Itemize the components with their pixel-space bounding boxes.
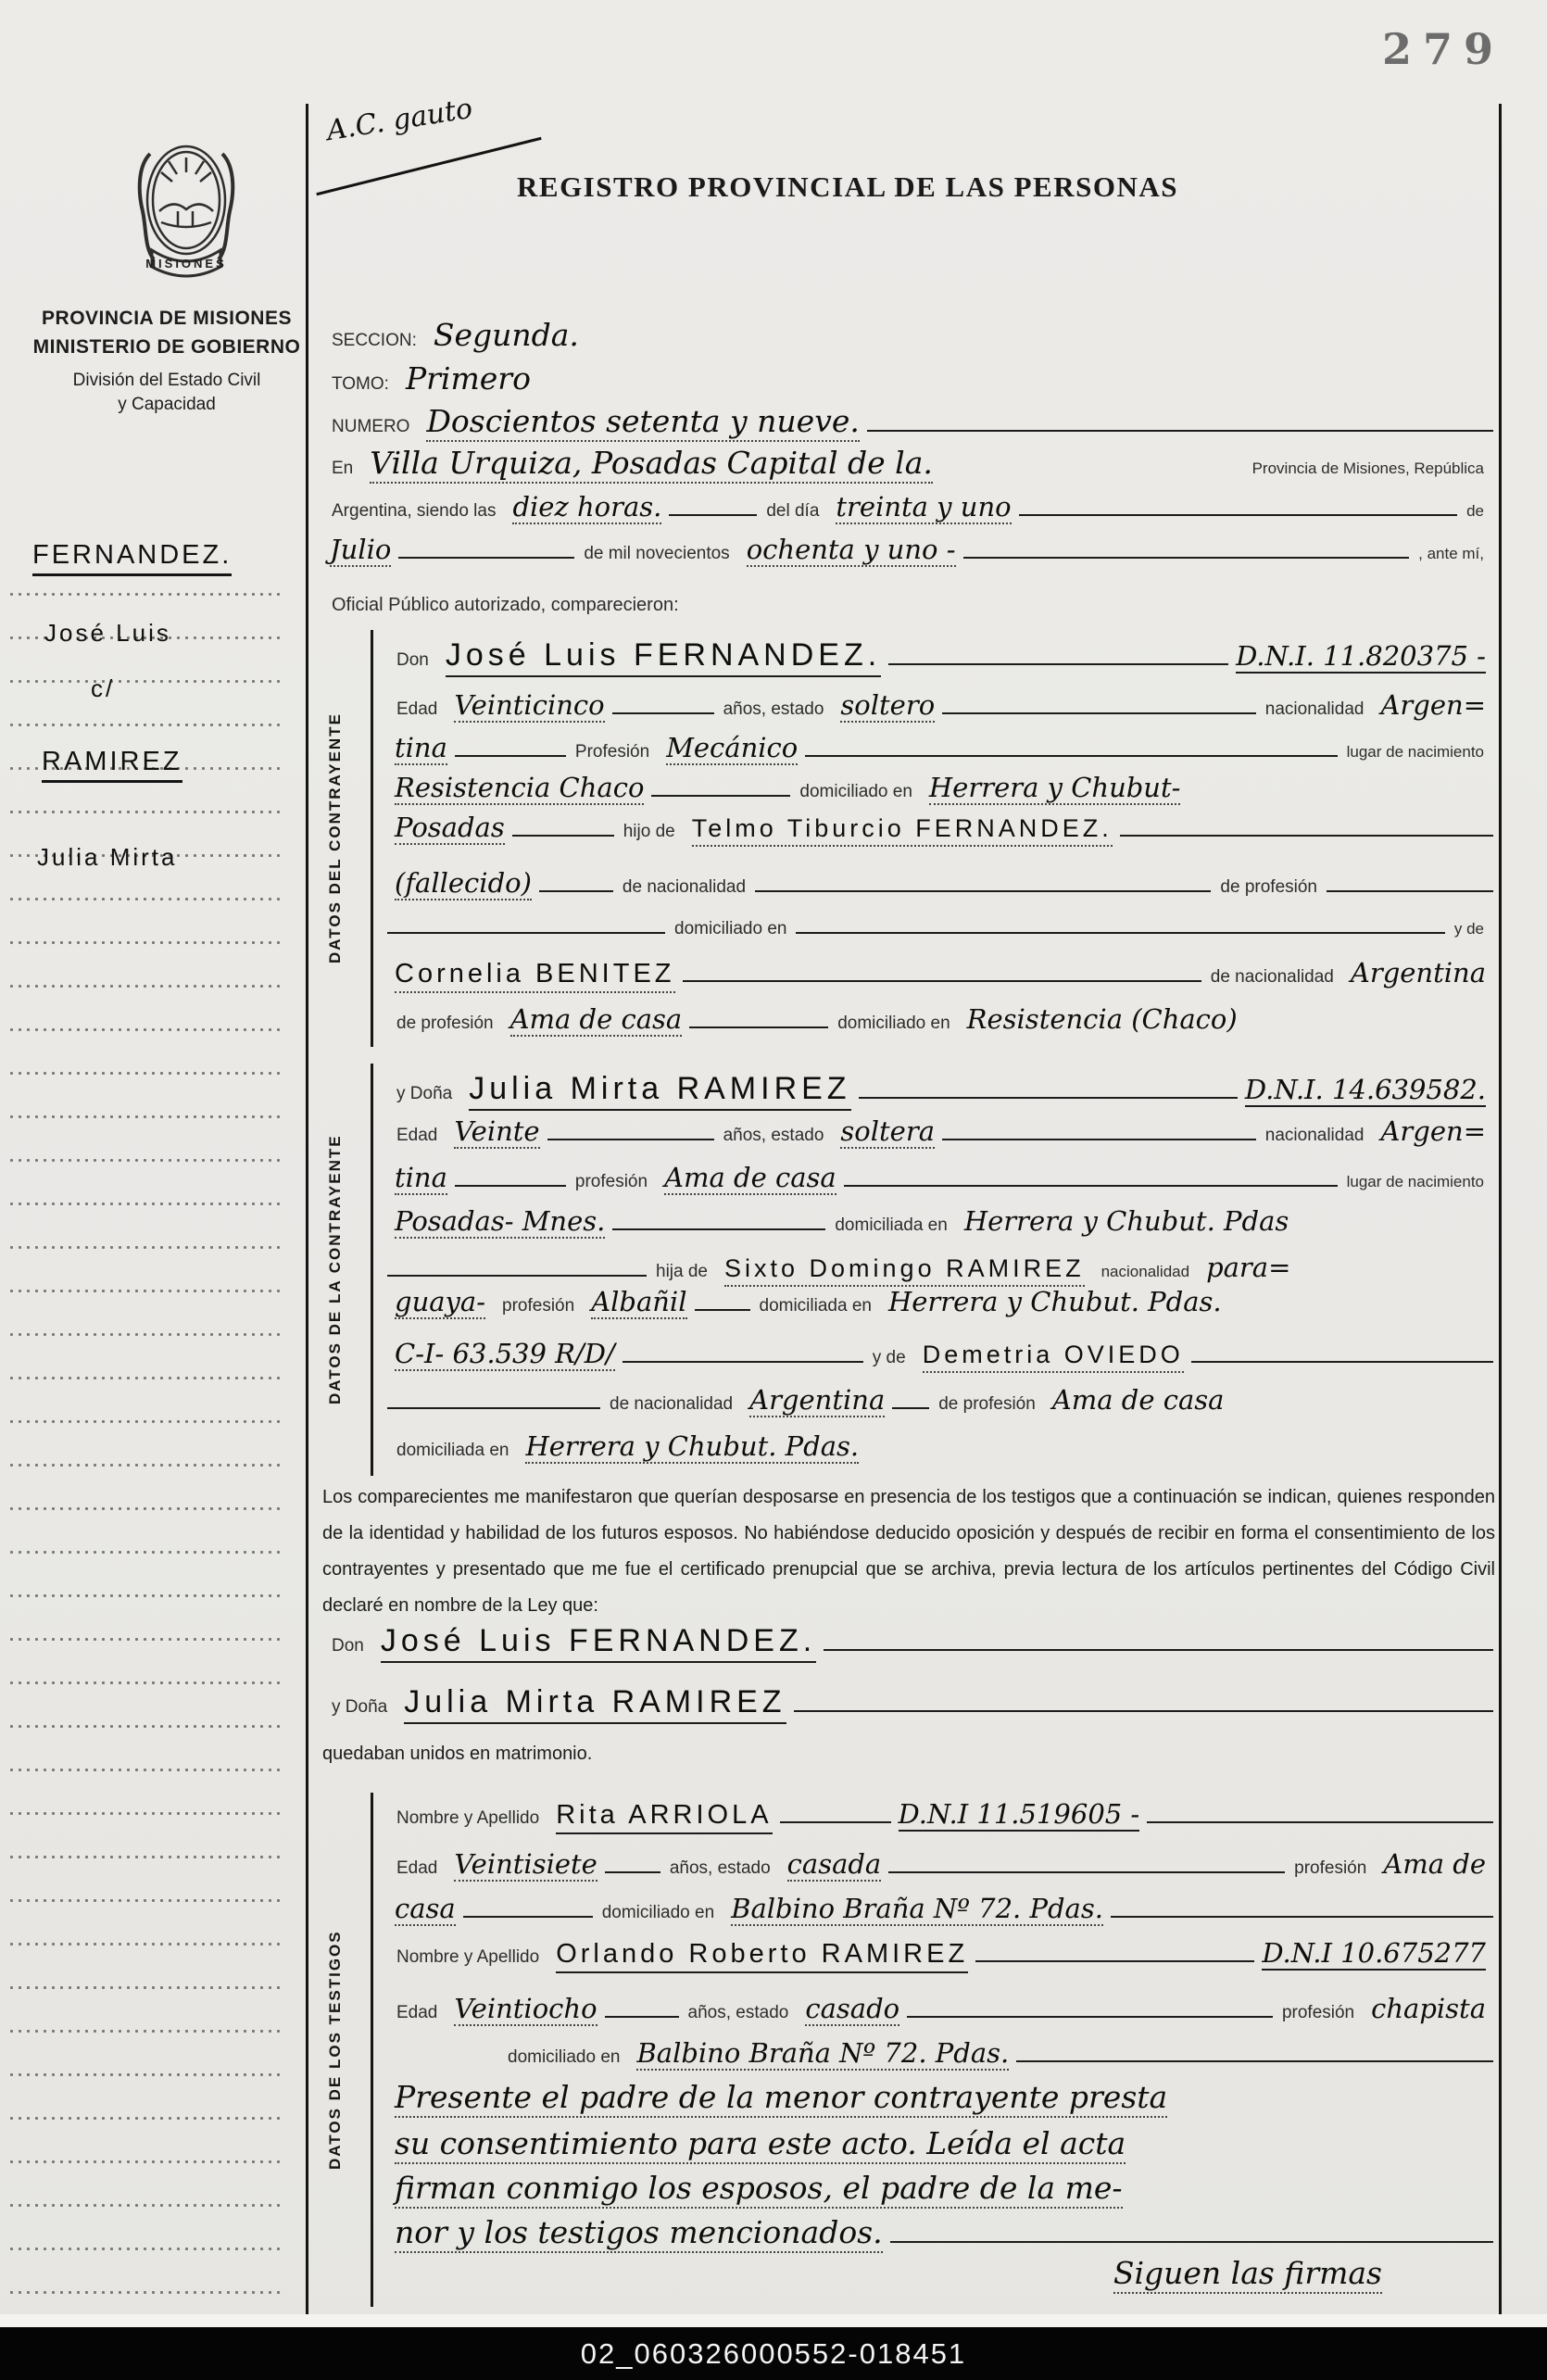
testigo-domicilio-label: domiciliado en <box>508 2047 620 2068</box>
groom-dni-value: D.N.I. 11.820375 - <box>1236 642 1486 674</box>
de-label: de <box>1466 502 1484 521</box>
witness1-dom-fill2 <box>1111 1914 1493 1918</box>
bride-name-fill <box>859 1095 1238 1099</box>
groom-padre-fill1 <box>512 833 614 837</box>
siguen-firmas-text: Siguen las firmas <box>1113 2258 1382 2294</box>
witness1-dni-fill <box>1147 1820 1493 1823</box>
witness2-edad-fill <box>605 2014 679 2018</box>
groom-edad-fill <box>612 711 714 714</box>
row-bride-ci: C-I- 63.539 R/D/ y de Demetria OVIEDO <box>387 1340 1493 1373</box>
margin-dotted-lines <box>7 573 285 2310</box>
witness1-estado-value: casada <box>787 1850 882 1882</box>
row-tomo: TOMO: Primero <box>322 363 1493 396</box>
testigo-nombre-label: Nombre y Apellido <box>396 1808 539 1829</box>
bride-madre-nac-value: Argentina <box>749 1386 885 1417</box>
testigo-edad-label: Edad <box>396 1858 437 1879</box>
row-union-bride: y Doña Julia Mirta RAMIREZ <box>322 1684 1493 1724</box>
madre-prof-label: de profesión <box>396 1014 494 1034</box>
padre-prof-fill <box>1327 888 1493 892</box>
union-groom-fill <box>824 1647 1493 1651</box>
bride-padre-dom-label: domiciliada en <box>760 1296 872 1316</box>
estado-label: años, estado <box>723 699 824 720</box>
don-label: Don <box>396 650 429 671</box>
declaration-paragraph: Los comparecientes me manifestaron que q… <box>322 1480 1495 1624</box>
consent-note-line3: firman conmigo los esposos, el padre de … <box>395 2172 1123 2209</box>
bride-prof-fill2 <box>844 1183 1338 1187</box>
witness2-estado-fill <box>907 2014 1273 2018</box>
bride-padre-prof-value: Albañil <box>591 1288 686 1319</box>
consent-note-line4: nor y los testigos mencionados. <box>395 2217 883 2253</box>
row-hora-dia: Argentina, siendo las diez horas. del dí… <box>322 493 1493 524</box>
padre-dom-fill1 <box>387 930 665 934</box>
witness2-dom-fill <box>1016 2059 1493 2062</box>
madre-dom-label: domiciliado en <box>837 1014 950 1034</box>
annotation-underline <box>316 137 541 195</box>
row-groom-nacimiento: Resistencia Chaco domiciliado en Herrera… <box>387 774 1493 805</box>
bride-edad-fill <box>547 1137 714 1140</box>
testigo-edad-label: Edad <box>396 2003 437 2023</box>
padre-nac-label: de nacionalidad <box>623 877 746 898</box>
bride-padre-fill <box>387 1273 647 1277</box>
bride-padre-nac-part1: para= <box>1206 1253 1290 1281</box>
section-datos-del-contrayente: DATOS DEL CONTRAYENTE Don José Luis FERN… <box>322 630 1493 1047</box>
groom-nacionalidad-part2: tina <box>395 734 447 765</box>
madre-fill <box>683 978 1201 982</box>
union-bride-fill <box>794 1708 1493 1712</box>
row-oficial: Oficial Público autorizado, compareciero… <box>322 595 1493 616</box>
official-annotation-signature: A.C. gauto <box>324 93 474 147</box>
padre-dom-fill2 <box>796 930 1444 934</box>
hija-label: hija de <box>656 1262 708 1282</box>
section-inner-rule <box>371 1064 373 1476</box>
tomo-label: TOMO: <box>332 374 389 395</box>
row-witness1-edad: Edad Veintisiete años, estado casada pro… <box>387 1850 1493 1882</box>
madre-prof-value: Ama de casa <box>510 1005 683 1037</box>
row-consent-note-2: su consentimiento para este acto. Leída … <box>387 2128 1493 2164</box>
mes-value: Julio <box>330 535 391 567</box>
padre-dom-label: domiciliado en <box>674 919 786 939</box>
row-bride-edad: Edad Veinte años, estado soltera naciona… <box>387 1117 1493 1149</box>
bride-nacionalidad-label: nacionalidad <box>1265 1126 1365 1146</box>
bride-padre-dom-value: Herrera y Chubut. Pdas. <box>888 1288 1222 1316</box>
archive-code-bar: 02_060326000552-018451 <box>0 2327 1547 2380</box>
row-lugar: En Villa Urquiza, Posadas Capital de la.… <box>322 447 1493 484</box>
bride-ci-value: C-I- 63.539 R/D/ <box>395 1340 615 1371</box>
witness1-edad-value: Veintisiete <box>454 1850 597 1882</box>
edad-label: Edad <box>396 1126 437 1146</box>
union-dona-label: y Doña <box>332 1697 387 1718</box>
bride-estado-fill <box>942 1137 1256 1140</box>
margin-case-versus: c/ <box>91 674 115 703</box>
row-bride-madre-datos: de nacionalidad Argentina de profesión A… <box>387 1386 1493 1417</box>
testigo-nombre-label: Nombre y Apellido <box>396 1947 539 1968</box>
org-line-capacity: y Capacidad <box>23 393 310 417</box>
anio-fill-line <box>963 555 1410 559</box>
groom-nacionalidad-part1: Argen= <box>1380 691 1486 719</box>
bride-nacimiento-label: lugar de nacimiento <box>1347 1173 1484 1191</box>
section-label-contrayente: DATOS DEL CONTRAYENTE <box>324 630 346 1047</box>
bride-edad-value: Veinte <box>454 1117 539 1149</box>
numero-value: Doscientos setenta y nueve. <box>426 406 859 442</box>
issuing-office-block: PROVINCIA DE MISIONES MINISTERIO DE GOBI… <box>23 304 310 417</box>
siendo-label: Argentina, siendo las <box>332 501 496 522</box>
groom-nacimiento-label: lugar de nacimiento <box>1347 743 1484 762</box>
row-bride-padre: hija de Sixto Domingo RAMIREZ nacionalid… <box>387 1253 1493 1287</box>
union-bride-name: Julia Mirta RAMIREZ <box>404 1684 786 1724</box>
lugar-value: Villa Urquiza, Posadas Capital de la. <box>370 447 933 484</box>
row-numero: NUMERO Doscientos setenta y nueve. <box>322 406 1493 442</box>
tomo-value: Primero <box>406 363 531 396</box>
bride-padre-value: Sixto Domingo RAMIREZ <box>724 1254 1085 1287</box>
row-witness2-edad: Edad Veintiocho años, estado casado prof… <box>387 1995 1493 2026</box>
groom-prof-fill1 <box>455 753 566 757</box>
row-consent-note-1: Presente el padre de la menor contrayent… <box>387 2082 1493 2118</box>
row-groom-padre-domicilio: domiciliado en y de <box>387 919 1493 939</box>
bride-padre-nac-label: nacionalidad <box>1101 1263 1189 1281</box>
org-line-province: PROVINCIA DE MISIONES <box>23 304 310 333</box>
witness1-profesion-part2: casa <box>395 1895 456 1926</box>
bride-profesion-value: Ama de casa <box>664 1164 836 1195</box>
page-title: REGISTRO PROVINCIAL DE LAS PERSONAS <box>517 170 1178 204</box>
testigo-estado-label: años, estado <box>670 1858 771 1879</box>
bride-profesion-label: profesión <box>575 1172 648 1192</box>
padre-fill1 <box>539 888 613 892</box>
dia-label: del día <box>766 501 819 522</box>
bride-madre-prof-value: Ama de casa <box>1052 1386 1225 1414</box>
row-groom-name: Don José Luis FERNANDEZ. D.N.I. 11.82037… <box>387 637 1493 677</box>
dona-label: y Doña <box>396 1084 452 1104</box>
page-number-stamp: 279 <box>1382 24 1504 74</box>
section-label-contrayenta: DATOS DE LA CONTRAYENTE <box>324 1064 346 1476</box>
padre-nac-fill <box>755 888 1211 892</box>
bride-ci-fill <box>623 1359 863 1363</box>
bride-nacimiento-value: Posadas- Mnes. <box>395 1207 605 1239</box>
ante-mi-label: , ante mí, <box>1418 545 1484 563</box>
novecientos-label: de mil novecientos <box>584 544 729 564</box>
bride-y-de-label: y de <box>873 1348 906 1368</box>
bride-madre-prof-fill <box>892 1405 929 1409</box>
bride-padre-prof-label: profesión <box>502 1296 574 1316</box>
bride-name-value: Julia Mirta RAMIREZ <box>469 1071 850 1111</box>
bride-madre-value: Demetria OVIEDO <box>923 1341 1184 1373</box>
row-witness2-name: Nombre y Apellido Orlando Roberto RAMIRE… <box>387 1939 1493 1973</box>
edad-label: Edad <box>396 699 437 720</box>
groom-padre-nota: (fallecido) <box>395 869 532 900</box>
groom-name-value: José Luis FERNANDEZ. <box>446 637 881 677</box>
groom-edad-value: Veinticinco <box>454 691 604 723</box>
row-witness1-domicilio: casa domiciliado en Balbino Braña Nº 72.… <box>387 1895 1493 1926</box>
row-groom-madre: Cornelia BENITEZ de nacionalidad Argenti… <box>387 959 1493 993</box>
bride-padre-nac-part2: guaya- <box>395 1288 485 1319</box>
witness2-name-fill <box>975 1958 1254 1962</box>
groom-domicilio2-value: Posadas <box>395 813 505 845</box>
row-mes-anio: Julio de mil novecientos ochenta y uno -… <box>322 535 1493 567</box>
consent-note-line1: Presente el padre de la menor contrayent… <box>395 2082 1167 2118</box>
witness1-dni-value: D.N.I 11.519605 - <box>899 1800 1140 1832</box>
groom-domicilio-label: domiciliado en <box>799 782 912 802</box>
bride-estado-value: soltera <box>840 1117 935 1149</box>
seccion-label: SECCION: <box>332 331 417 351</box>
y-de-label: y de <box>1454 920 1484 938</box>
section-inner-rule <box>371 1793 373 2307</box>
padre-prof-label: de profesión <box>1220 877 1317 898</box>
witness1-estado-fill <box>888 1870 1285 1873</box>
groom-padre-fill2 <box>1120 833 1493 837</box>
row-union-groom: Don José Luis FERNANDEZ. <box>322 1623 1493 1663</box>
row-bride-name: y Doña Julia Mirta RAMIREZ D.N.I. 14.639… <box>387 1071 1493 1111</box>
anio-value: ochenta y uno - <box>747 535 956 567</box>
section-label-testigos: DATOS DE LOS TESTIGOS <box>324 1793 346 2307</box>
hora-value: diez horas. <box>512 493 661 524</box>
dia-fill-line <box>1019 512 1457 516</box>
oficial-label: Oficial Público autorizado, compareciero… <box>332 595 679 616</box>
union-closing-text: quedaban unidos en matrimonio. <box>322 1744 592 1765</box>
madre-dom-value: Resistencia (Chaco) <box>967 1005 1238 1033</box>
groom-madre-value: Cornelia BENITEZ <box>395 959 675 993</box>
margin-case-name-groom: José Luis <box>44 619 171 648</box>
bride-madre-prof-label: de profesión <box>938 1394 1036 1415</box>
bride-prof-fill1 <box>455 1183 566 1187</box>
bride-nacionalidad-part1: Argen= <box>1380 1117 1486 1145</box>
witness1-dom-fill1 <box>463 1914 593 1918</box>
madre-dom-fill <box>689 1025 828 1028</box>
row-bride-domicilio: Posadas- Mnes. domiciliada en Herrera y … <box>387 1207 1493 1239</box>
row-groom-edad: Edad Veinticinco años, estado soltero na… <box>387 691 1493 723</box>
witness1-name-value: Rita ARRIOLA <box>556 1800 772 1834</box>
section-datos-de-los-testigos: DATOS DE LOS TESTIGOS Nombre y Apellido … <box>322 1793 1493 2307</box>
marriage-record-scan: 279 MISIONES PROVINCIA DE MISIONES MINIS… <box>0 0 1547 2380</box>
groom-nacimiento-value: Resistencia Chaco <box>395 774 644 805</box>
groom-nacionalidad-label: nacionalidad <box>1265 699 1365 720</box>
row-groom-padre-datos: (fallecido) de nacionalidad de profesión <box>387 869 1493 900</box>
testigo-domicilio-label: domiciliado en <box>602 1903 714 1923</box>
madre-nac-value: Argentina <box>1351 959 1486 987</box>
row-witness2-domicilio: domiciliado en Balbino Braña Nº 72. Pdas… <box>387 2039 1493 2071</box>
bride-padre-prof-fill <box>695 1307 750 1311</box>
row-siguen-firmas: Siguen las firmas <box>387 2258 1493 2294</box>
lugar-impreso-label: Provincia de Misiones, República <box>1252 460 1484 478</box>
testigo-profesion-label: profesión <box>1282 2003 1354 2023</box>
groom-profesion-label: Profesión <box>575 742 649 762</box>
archive-code-text: 02_060326000552-018451 <box>581 2337 966 2371</box>
hora-fill-line <box>669 512 757 516</box>
margin-case-surname-groom: FERNANDEZ. <box>32 540 232 576</box>
seal-banner-text: MISIONES <box>145 257 227 271</box>
bride-nacionalidad-part2: tina <box>395 1164 447 1195</box>
bride-madre-dom-value: Herrera y Chubut. Pdas. <box>525 1432 859 1464</box>
bride-dom-fill <box>612 1227 825 1230</box>
groom-estado-value: soltero <box>840 691 935 723</box>
row-seccion: SECCION: Segunda. <box>322 320 1493 352</box>
witness2-name-value: Orlando Roberto RAMIREZ <box>556 1939 968 1973</box>
bride-madre-nac-label: de nacionalidad <box>610 1394 733 1415</box>
groom-name-fill <box>888 661 1228 665</box>
witness2-edad-value: Veintiocho <box>454 1995 597 2026</box>
row-consent-note-3: firman conmigo los esposos, el padre de … <box>387 2172 1493 2209</box>
left-frame-rule <box>306 104 308 2318</box>
row-groom-profesion: tina Profesión Mecánico lugar de nacimie… <box>387 734 1493 765</box>
bride-domicilio-value: Herrera y Chubut. Pdas <box>964 1207 1289 1235</box>
testigo-profesion-label: profesión <box>1294 1858 1366 1879</box>
hijo-label: hijo de <box>623 822 675 842</box>
bride-madre-fill <box>1191 1359 1493 1363</box>
dia-value: treinta y uno <box>836 493 1011 524</box>
bride-madre-dom-label: domiciliada en <box>396 1441 509 1461</box>
witness1-edad-fill <box>605 1870 660 1873</box>
consent-note-line2: su consentimiento para este acto. Leída … <box>395 2128 1126 2164</box>
groom-profesion-value: Mecánico <box>666 734 798 765</box>
groom-domicilio-value: Herrera y Chubut- <box>929 774 1181 805</box>
org-line-division: División del Estado Civil <box>23 369 310 393</box>
row-witness1-name: Nombre y Apellido Rita ARRIOLA D.N.I 11.… <box>387 1800 1493 1834</box>
witness2-dni-value: D.N.I 10.675277 <box>1262 1939 1486 1971</box>
row-bride-madre-domicilio: domiciliada en Herrera y Chubut. Pdas. <box>387 1432 1493 1464</box>
mes-fill-line <box>398 555 574 559</box>
scan-edge-strip <box>0 2314 1547 2327</box>
row-bride-profesion: tina profesión Ama de casa lugar de naci… <box>387 1164 1493 1195</box>
groom-prof-fill2 <box>805 753 1337 757</box>
en-label: En <box>332 459 353 479</box>
witness1-profesion-part1: Ama de <box>1383 1850 1486 1878</box>
row-consent-note-4: nor y los testigos mencionados. <box>387 2217 1493 2253</box>
testigo-estado-label: años, estado <box>688 2003 789 2023</box>
union-groom-name: José Luis FERNANDEZ. <box>381 1623 816 1663</box>
witness2-profesion-value: chapista <box>1371 1995 1486 2022</box>
row-groom-madre-datos: de profesión Ama de casa domiciliado en … <box>387 1005 1493 1037</box>
org-line-ministry: MINISTERIO DE GOBIERNO <box>23 333 310 361</box>
witness2-domicilio-value: Balbino Braña Nº 72. Pdas. <box>636 2039 1009 2071</box>
witness1-domicilio-value: Balbino Braña Nº 72. Pdas. <box>731 1895 1103 1926</box>
row-groom-padre: Posadas hijo de Telmo Tiburcio FERNANDEZ… <box>387 813 1493 847</box>
section-inner-rule <box>371 630 373 1047</box>
union-don-label: Don <box>332 1636 364 1656</box>
row-bride-padre-datos: guaya- profesión Albañil domiciliada en … <box>387 1288 1493 1319</box>
margin-case-name-bride: Julia Mirta <box>37 843 177 872</box>
groom-padre-value: Telmo Tiburcio FERNANDEZ. <box>692 814 1113 847</box>
section-datos-de-la-contrayente: DATOS DE LA CONTRAYENTE y Doña Julia Mir… <box>322 1064 1493 1476</box>
bride-domicilio-label: domiciliada en <box>835 1215 947 1236</box>
groom-estado-fill <box>942 711 1256 714</box>
row-union-closing: quedaban unidos en matrimonio. <box>322 1744 1493 1765</box>
margin-case-surname-bride: RAMIREZ <box>42 747 182 783</box>
witness1-name-fill <box>780 1820 891 1823</box>
right-frame-rule <box>1499 104 1502 2318</box>
numero-fill-line <box>867 428 1493 432</box>
seccion-value: Segunda. <box>434 320 579 352</box>
consent-note-fill <box>890 2239 1493 2243</box>
bride-madre-nac-fill <box>387 1405 600 1409</box>
estado-label: años, estado <box>723 1126 824 1146</box>
madre-nac-label: de nacionalidad <box>1211 967 1334 988</box>
groom-nac-fill <box>651 793 790 797</box>
provincial-seal: MISIONES <box>132 137 241 285</box>
witness2-estado-value: casado <box>805 1995 899 2026</box>
numero-label: NUMERO <box>332 417 409 437</box>
bride-dni-value: D.N.I. 14.639582. <box>1245 1076 1486 1107</box>
